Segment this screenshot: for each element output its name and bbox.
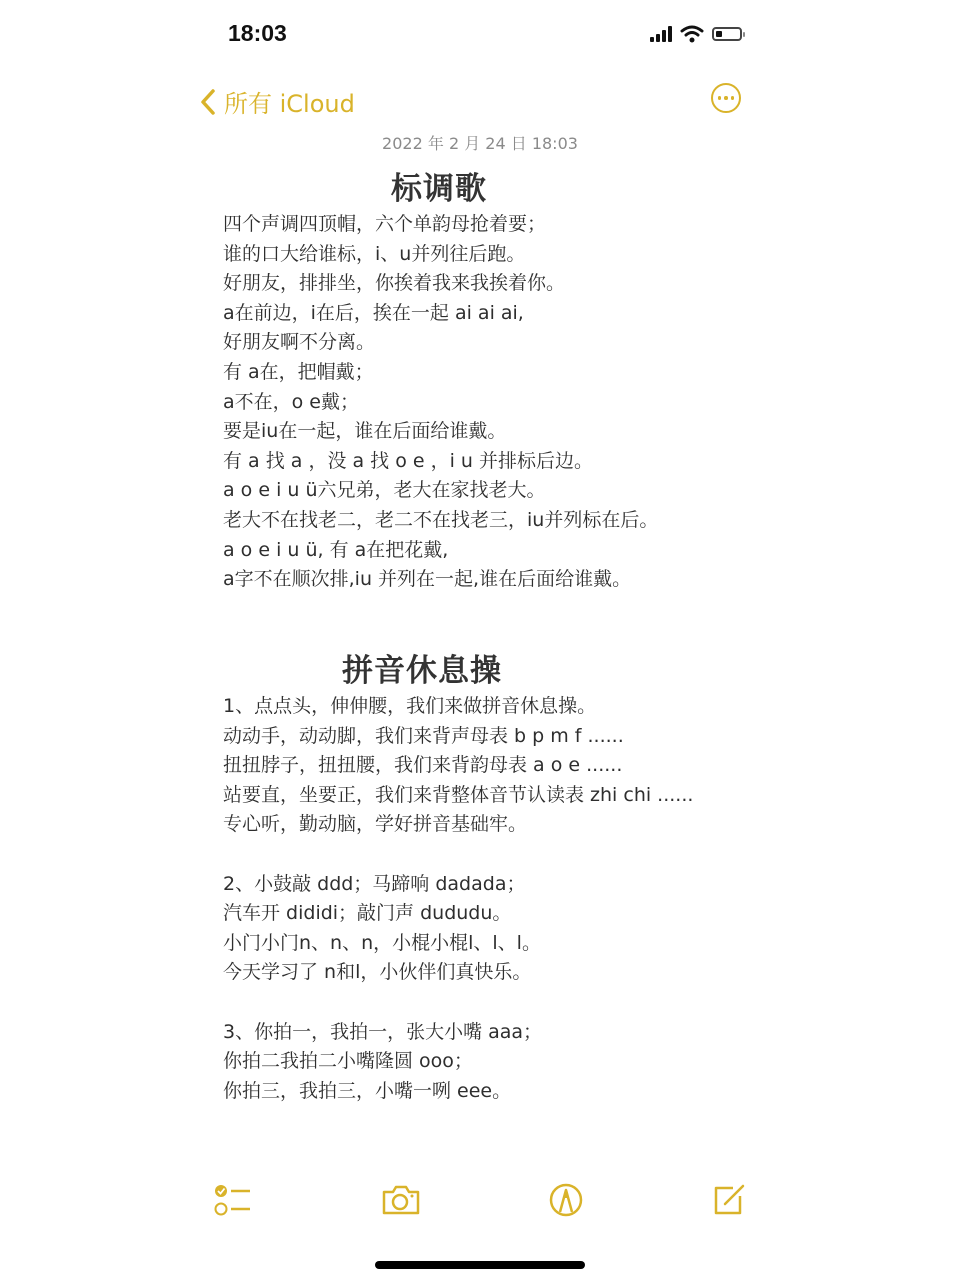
camera-button[interactable] [381,1180,421,1220]
note-line: 3、你拍一，我拍一，张大小嘴 aaa； [223,1018,693,1048]
note-line: a o e i u ü六兄弟，老大在家找老大。 [223,476,658,506]
ellipsis-dot [724,96,728,100]
status-time: 18:03 [228,20,287,47]
compose-icon [711,1182,747,1218]
section-title: 拼音休息操 [342,645,502,690]
checklist-button[interactable] [213,1180,253,1220]
note-line: 老大不在找老二，老二不在找老三，iu并列标在后。 [223,506,658,536]
note-line: 谁的口大给谁标，i、u并列往后跑。 [223,240,658,270]
note-date: 2022 年 2 月 24 日 18:03 [0,131,960,154]
note-line: 你拍二我拍二小嘴隆圆 ooo； [223,1047,693,1077]
checklist-icon [214,1183,252,1217]
back-label: 所有 iCloud [224,84,355,119]
home-indicator[interactable] [375,1261,585,1269]
note-line: 汽车开 dididi；敲门声 dududu。 [223,899,693,929]
navigation-bar: 所有 iCloud [0,80,960,124]
note-line: 动动手，动动脚，我们来背声母表 b p m f ...... [223,722,693,752]
note-line: 专心听，勤动脑，学好拼音基础牢。 [223,810,693,840]
note-line: 好朋友啊不分离。 [223,328,658,358]
section-title: 标调歌 [391,163,487,208]
note-body-section-2[interactable]: 1、点点头，伸伸腰，我们来做拼音休息操。 动动手，动动脚，我们来背声母表 b p… [223,692,693,1106]
back-button[interactable]: 所有 iCloud [200,84,355,119]
note-line: 今天学习了 n和l，小伙伴们真快乐。 [223,958,693,988]
note-line: 好朋友，排排坐，你挨着我来我挨着你。 [223,269,658,299]
note-line: 扭扭脖子，扭扭腰，我们来背韵母表 a o e ...... [223,751,693,781]
note-line: a在前边，i在后，挨在一起 ai ai ai, [223,299,658,329]
note-line: 1、点点头，伸伸腰，我们来做拼音休息操。 [223,692,693,722]
ellipsis-dot [731,96,735,100]
markup-pen-icon [548,1182,584,1218]
note-line: a字不在顺次排,iu 并列在一起,谁在后面给谁戴。 [223,565,658,595]
status-icons [650,25,742,43]
camera-icon [381,1184,421,1216]
note-line: a o e i u ü, 有 a在把花戴, [223,536,658,566]
status-bar: 18:03 [0,0,960,70]
note-line: 有 a在，把帽戴； [223,358,658,388]
note-line: 站要直，坐要正，我们来背整体音节认读表 zhi chi ...... [223,781,693,811]
note-line: 四个声调四顶帽，六个单韵母抢着要； [223,210,658,240]
note-line: a不在，o e戴； [223,388,658,418]
chevron-left-icon [200,88,216,116]
blank-line [223,988,693,1018]
note-line: 2、小鼓敲 ddd；马蹄响 dadada； [223,870,693,900]
note-line: 有 a 找 a ，没 a 找 o e ，i u 并排标后边。 [223,447,658,477]
cellular-signal-icon [650,26,672,42]
ellipsis-icon [718,96,722,100]
note-line: 要是iu在一起，谁在后面给谁戴。 [223,417,658,447]
bottom-toolbar [0,1180,960,1224]
note-line: 你拍三，我拍三，小嘴一咧 eee。 [223,1077,693,1107]
note-body-section-1[interactable]: 四个声调四顶帽，六个单韵母抢着要； 谁的口大给谁标，i、u并列往后跑。 好朋友，… [223,210,658,595]
battery-icon [712,27,742,41]
more-options-button[interactable] [711,83,741,113]
compose-button[interactable] [709,1180,749,1220]
blank-line [223,840,693,870]
markup-button[interactable] [546,1180,586,1220]
wifi-icon [680,25,704,43]
note-line: 小门小门n、n、n，小棍小棍l、l、l。 [223,929,693,959]
